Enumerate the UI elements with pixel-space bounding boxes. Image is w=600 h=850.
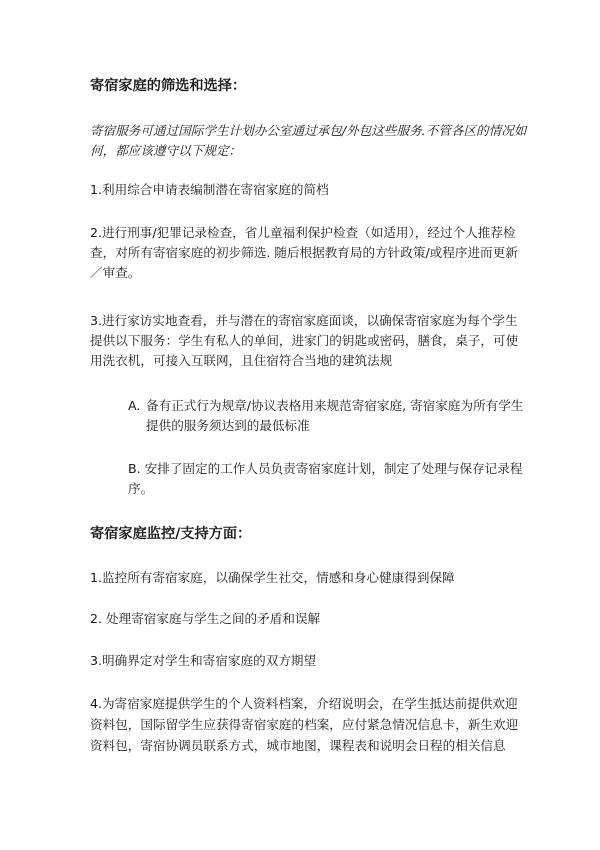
screening-item-1: 1.利用综合申请表编制潜在寄宿家庭的简档 bbox=[90, 180, 329, 200]
monitoring-item-3: 3.明确界定对学生和寄宿家庭的双方期望 bbox=[90, 651, 316, 671]
subitem-a-line-2: 提供的服务须达到的最低标准 bbox=[146, 416, 310, 436]
screening-item-2-line-3: ／审查。 bbox=[90, 263, 140, 283]
section-heading-screening: 寄宿家庭的筛选和选择： bbox=[90, 75, 246, 97]
subitem-b-line-1: B. 安排了固定的工作人员负责寄宿家庭计划，制定了处理与保存记录程 bbox=[128, 459, 522, 479]
monitoring-item-4-line-3: 资料包，寄宿协调员联系方式，城市地图，课程表和说明会日程的相关信息 bbox=[90, 736, 506, 756]
section-heading-monitoring: 寄宿家庭监控/支持方面： bbox=[90, 523, 251, 545]
screening-item-2-line-1: 2.进行刑事/犯罪记录检查，省儿童福利保护检查（如适用），经过个人推荐检 bbox=[90, 223, 516, 243]
subitem-a-line-1: 备有正式行为规章/协议表格用来规范寄宿家庭, 寄宿家庭为所有学生 bbox=[146, 396, 523, 416]
monitoring-item-1: 1.监控所有寄宿家庭，以确保学生社交，情感和身心健康得到保障 bbox=[90, 568, 455, 588]
subitem-b-line-2: 序。 bbox=[128, 479, 153, 499]
monitoring-item-4-line-1: 4.为寄宿家庭提供学生的个人资料档案，介绍说明会，在学生抵达前提供欢迎 bbox=[90, 694, 518, 714]
screening-item-3-line-3: 用洗衣机，可接入互联网，且住宿符合当地的建筑法规 bbox=[90, 351, 392, 371]
screening-item-3-line-2: 提供以下服务：学生有私人的单间，进家门的钥匙或密码，膳食，桌子，可使 bbox=[90, 331, 518, 351]
intro-text-line-2: 何，都应该遵守以下规定： bbox=[90, 141, 241, 161]
screening-item-3-line-1: 3.进行家访实地查看，并与潜在的寄宿家庭面谈，以确保寄宿家庭为每个学生 bbox=[90, 311, 518, 331]
monitoring-item-2: 2. 处理寄宿家庭与学生之间的矛盾和误解 bbox=[90, 609, 320, 629]
subitem-a-marker: A. bbox=[128, 396, 140, 416]
screening-item-2-line-2: 查，对所有寄宿家庭的初步筛选. 随后根据教育局的方针政策/或程序进而更新 bbox=[90, 243, 518, 263]
intro-text-line-1: 寄宿服务可通过国际学生计划办公室通过承包/外包这些服务.不管各区的情况如 bbox=[90, 121, 526, 141]
monitoring-item-4-line-2: 资料包，国际留学生应获得寄宿家庭的档案，应付紧急情况信息卡，新生欢迎 bbox=[90, 715, 518, 735]
